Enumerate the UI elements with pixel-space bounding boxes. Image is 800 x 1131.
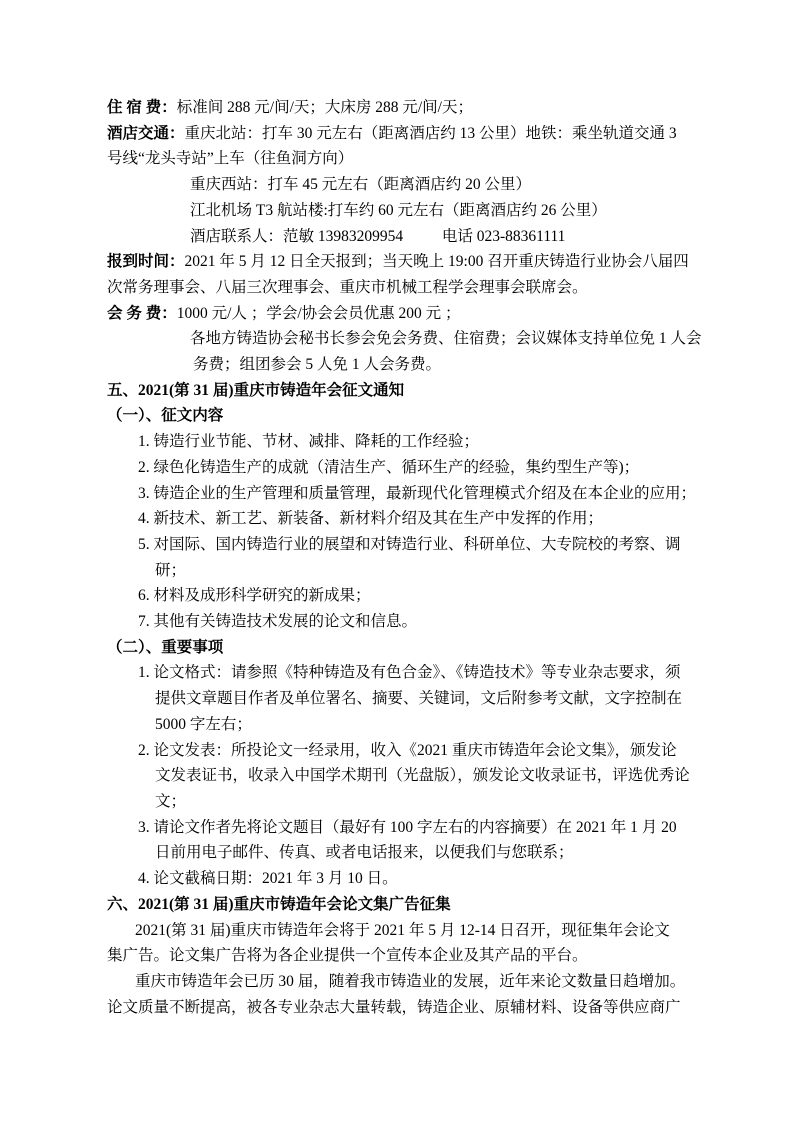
doc-line: 重庆西站：打车 45 元左右（距离酒店约 20 公里） <box>107 172 703 198</box>
line-text: 1000 元/人 ；学会/协会会员优惠 200 元 ； <box>177 305 461 322</box>
line-text: 4. 论文截稿日期：2021 年 3 月 10 日。 <box>138 870 398 887</box>
list-item-continuation: 日前用电子邮件、传真、或者电话报来，以便我们与您联系； <box>107 840 703 866</box>
doc-line: 江北机场 T3 航站楼:打车约 60 元左右（距离酒店约 26 公里） <box>107 198 703 224</box>
list-item-continuation: 文； <box>107 789 703 815</box>
line-text: 5. 对国际、国内铸造行业的展望和对铸造行业、科研单位、大专院校的考察、调 <box>138 536 681 553</box>
line-text: 文； <box>155 793 186 810</box>
line-text: 重庆北站：打车 30 元左右（距离酒店约 13 公里）地铁：乘坐轨道交通 3 <box>185 125 677 142</box>
list-item: 3. 请论文作者先将论文题目（最好有 100 字左右的内容摘要）在 2021 年… <box>107 815 703 841</box>
line-text: 标准间 288 元/间/天；大床房 288 元/间/天； <box>177 99 473 116</box>
line-text: 4. 新技术、新工艺、新装备、新材料介绍及其在生产中发挥的作用； <box>138 510 603 527</box>
list-item-continuation: 提供文章题目作者及单位署名、摘要、关键词，文后附参考文献，文字控制在 <box>107 686 703 712</box>
line-text: 务费；组团参会 5 人免 1 人会务费。 <box>193 356 441 373</box>
heading-text: （一）、征文内容 <box>107 407 223 424</box>
doc-line-conference-fee: 会 务 费：1000 元/人 ；学会/协会会员优惠 200 元 ； <box>107 301 703 327</box>
line-text: 3. 铸造企业的生产管理和质量管理，最新现代化管理模式介绍及在本企业的应用； <box>138 485 696 502</box>
line-text: 研； <box>155 562 186 579</box>
line-text: 2021(第 31 届)重庆市铸造年会将于 2021 年 5 月 12-14 日… <box>135 922 670 939</box>
line-text: 各地方铸造协会秘书长参会免会务费、住宿费；会议媒体支持单位免 1 人会 <box>190 330 702 347</box>
doc-line-hotel-contact: 酒店联系人：范敏 13983209954 电话 023-88361111 <box>107 224 703 250</box>
line-text: 5000 字左右； <box>155 716 252 733</box>
line-text: 号线“龙头寺站”上车（往鱼洞方向） <box>107 150 353 167</box>
doc-line: 次常务理事会、八届三次理事会、重庆市机械工程学会理事会联席会。 <box>107 275 703 301</box>
line-text: 重庆西站：打车 45 元左右（距离酒店约 20 公里） <box>190 176 531 193</box>
line-text: 次常务理事会、八届三次理事会、重庆市机械工程学会理事会联席会。 <box>107 279 588 296</box>
line-text: 酒店联系人：范敏 13983209954 电话 023-88361111 <box>190 228 565 245</box>
line-text: 2021 年 5 月 12 日全天报到；当天晚上 19:00 召开重庆铸造行业协… <box>185 253 689 270</box>
doc-line: 论文质量不断提高，被各专业杂志大量转载，铸造企业、原辅材料、设备等供应商广 <box>107 995 703 1021</box>
list-item: 3. 铸造企业的生产管理和质量管理，最新现代化管理模式介绍及在本企业的应用； <box>107 481 703 507</box>
doc-line: 各地方铸造协会秘书长参会免会务费、住宿费；会议媒体支持单位免 1 人会 <box>107 326 703 352</box>
list-item: 6. 材料及成形科学研究的新成果； <box>107 583 703 609</box>
line-text: 日前用电子邮件、传真、或者电话报来，以便我们与您联系； <box>155 844 574 861</box>
doc-line: 务费；组团参会 5 人免 1 人会务费。 <box>107 352 703 378</box>
list-item: 5. 对国际、国内铸造行业的展望和对铸造行业、科研单位、大专院校的考察、调 <box>107 532 703 558</box>
heading-text: 五、2021(第 31 届)重庆市铸造年会征文通知 <box>107 382 404 399</box>
list-item: 1. 论文格式：请参照《特种铸造及有色合金》、《铸造技术》等专业杂志要求，须 <box>107 660 703 686</box>
line-text: 重庆市铸造年会已历 30 届，随着我市铸造业的发展，近年来论文数量日趋增加。 <box>135 973 685 990</box>
list-item: 7. 其他有关铸造技术发展的论文和信息。 <box>107 609 703 635</box>
list-item-continuation: 5000 字左右； <box>107 712 703 738</box>
list-item-continuation: 研； <box>107 558 703 584</box>
list-item: 4. 新技术、新工艺、新装备、新材料介绍及其在生产中发挥的作用； <box>107 506 703 532</box>
subsection-heading-1: （一）、征文内容 <box>107 403 703 429</box>
line-text: 江北机场 T3 航站楼:打车约 60 元左右（距离酒店约 26 公里） <box>190 202 607 219</box>
list-item: 4. 论文截稿日期：2021 年 3 月 10 日。 <box>107 866 703 892</box>
section-heading-6: 六、2021(第 31 届)重庆市铸造年会论文集广告征集 <box>107 892 703 918</box>
line-text: 集广告。论文集广告将为各企业提供一个宣传本企业及其产品的平台。 <box>107 947 588 964</box>
field-label: 报到时间： <box>107 253 185 270</box>
doc-line: 集广告。论文集广告将为各企业提供一个宣传本企业及其产品的平台。 <box>107 943 703 969</box>
list-item: 1. 铸造行业节能、节材、减排、降耗的工作经验； <box>107 429 703 455</box>
line-text: 6. 材料及成形科学研究的新成果； <box>138 587 371 604</box>
line-text: 1. 论文格式：请参照《特种铸造及有色合金》、《铸造技术》等专业杂志要求，须 <box>138 664 681 681</box>
doc-line-accommodation-fee: 住 宿 费：标准间 288 元/间/天；大床房 288 元/间/天； <box>107 95 703 121</box>
line-text: 论文质量不断提高，被各专业杂志大量转载，铸造企业、原辅材料、设备等供应商广 <box>107 999 681 1016</box>
line-text: 3. 请论文作者先将论文题目（最好有 100 字左右的内容摘要）在 2021 年… <box>138 819 677 836</box>
line-text: 提供文章题目作者及单位署名、摘要、关键词，文后附参考文献，文字控制在 <box>155 690 682 707</box>
doc-line: 重庆市铸造年会已历 30 届，随着我市铸造业的发展，近年来论文数量日趋增加。 <box>107 969 703 995</box>
field-label: 住 宿 费： <box>107 99 177 116</box>
document-content: 住 宿 费：标准间 288 元/间/天；大床房 288 元/间/天； 酒店交通：… <box>0 0 800 1020</box>
line-text: 2. 绿色化铸造生产的成就（清洁生产、循环生产的经验，集约型生产等)； <box>138 459 639 476</box>
list-item: 2. 绿色化铸造生产的成就（清洁生产、循环生产的经验，集约型生产等)； <box>107 455 703 481</box>
doc-line: 2021(第 31 届)重庆市铸造年会将于 2021 年 5 月 12-14 日… <box>107 918 703 944</box>
document-page: 住 宿 费：标准间 288 元/间/天；大床房 288 元/间/天； 酒店交通：… <box>0 0 800 1131</box>
line-text: 文发表证书，收录入中国学术期刊（光盘版），颁发论文收录证书，评选优秀论 <box>155 767 690 784</box>
line-text: 2. 论文发表：所投论文一经录用，收入《2021 重庆市铸造年会论文集》，颁发论 <box>138 742 677 759</box>
field-label: 会 务 费： <box>107 305 177 322</box>
field-label: 酒店交通： <box>107 125 185 142</box>
doc-line-registration-time: 报到时间：2021 年 5 月 12 日全天报到；当天晚上 19:00 召开重庆… <box>107 249 703 275</box>
line-text: 1. 铸造行业节能、节材、减排、降耗的工作经验； <box>138 433 479 450</box>
heading-text: 六、2021(第 31 届)重庆市铸造年会论文集广告征集 <box>107 896 451 913</box>
heading-text: （二）、重要事项 <box>107 639 223 656</box>
list-item-continuation: 文发表证书，收录入中国学术期刊（光盘版），颁发论文收录证书，评选优秀论 <box>107 763 703 789</box>
section-heading-5: 五、2021(第 31 届)重庆市铸造年会征文通知 <box>107 378 703 404</box>
subsection-heading-2: （二）、重要事项 <box>107 635 703 661</box>
doc-line: 号线“龙头寺站”上车（往鱼洞方向） <box>107 146 703 172</box>
list-item: 2. 论文发表：所投论文一经录用，收入《2021 重庆市铸造年会论文集》，颁发论 <box>107 738 703 764</box>
line-text: 7. 其他有关铸造技术发展的论文和信息。 <box>138 613 417 630</box>
doc-line-hotel-transport: 酒店交通：重庆北站：打车 30 元左右（距离酒店约 13 公里）地铁：乘坐轨道交… <box>107 121 703 147</box>
